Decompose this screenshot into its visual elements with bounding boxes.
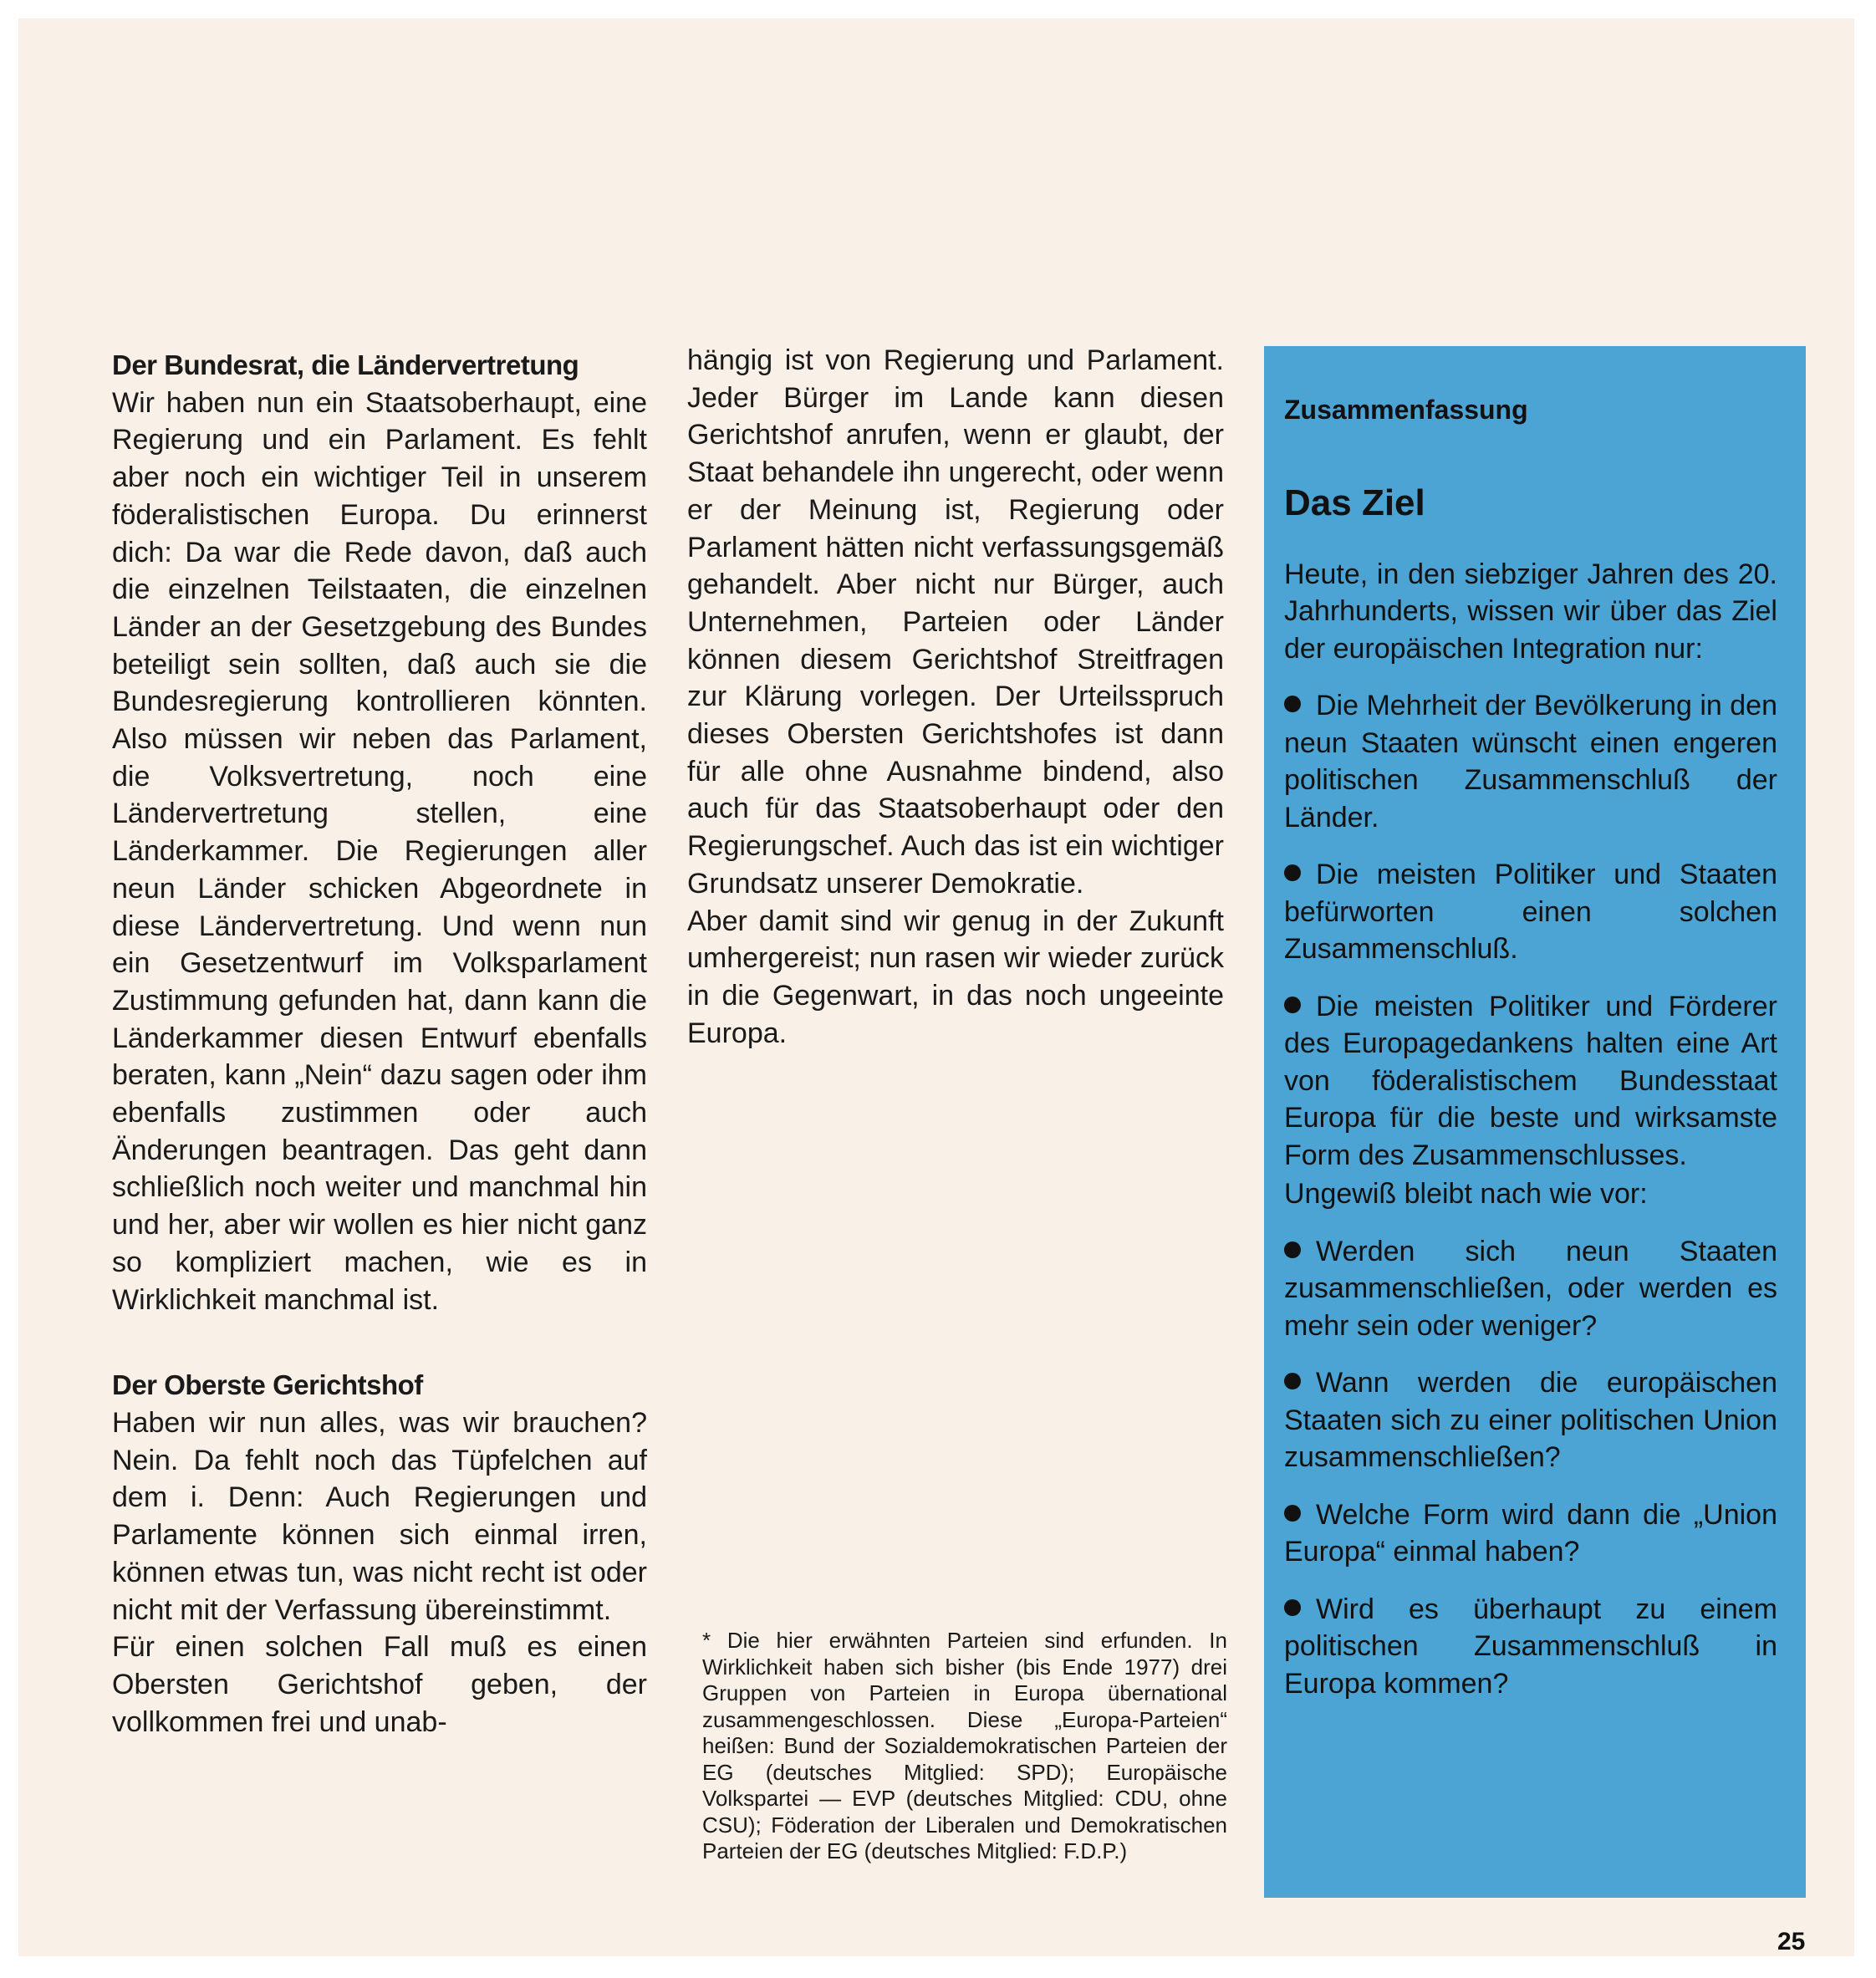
summary-bullet: Welche Form wird dann die „Union Europa“… <box>1284 1496 1777 1571</box>
section-body-bundesrat: Wir haben nun ein Staatsoberhaupt, eine … <box>112 385 647 1319</box>
bullet-text: Die meisten Politiker und Förderer des E… <box>1284 991 1777 1171</box>
summary-bullet: Wann werden die europäischen Staaten sic… <box>1284 1364 1777 1476</box>
page-number: 25 <box>1777 1928 1805 1956</box>
summary-bullet: Die meisten Politiker und Staaten befürw… <box>1284 856 1777 968</box>
section-heading-gerichtshof: Der Oberste Gerichtshof <box>112 1367 647 1404</box>
bullet-text: Wann werden die europäischen Staaten sic… <box>1284 1367 1777 1473</box>
summary-bullet: Wird es überhaupt zu einem politischen Z… <box>1284 1591 1777 1703</box>
bullet-text: Wird es überhaupt zu einem politischen Z… <box>1284 1593 1777 1700</box>
summary-box-content: Zusammenfassung Das Ziel Heute, in den s… <box>1284 391 1777 1722</box>
summary-label: Zusammenfassung <box>1284 391 1777 429</box>
summary-box: Zusammenfassung Das Ziel Heute, in den s… <box>1264 346 1806 1898</box>
bullet-icon <box>1284 1373 1301 1389</box>
middle-body-1: hängig ist von Regierung und Parlament. … <box>687 342 1224 903</box>
document-page: Der Bundesrat, die Ländervertretung Wir … <box>18 18 1854 1956</box>
bullet-text: Welche Form wird dann die „Union Europa“… <box>1284 1499 1777 1568</box>
summary-bullet: Die Mehrheit der Bevölkerung in den neun… <box>1284 687 1777 836</box>
bullet-icon <box>1284 1599 1301 1616</box>
section-body-gerichtshof-2: Für einen solchen Fall muß es einen Ober… <box>112 1629 647 1741</box>
section-heading-bundesrat: Der Bundesrat, die Ländervertretung <box>112 347 647 385</box>
section-body-gerichtshof-1: Haben wir nun alles, was wir brauchen? N… <box>112 1404 647 1629</box>
bullet-icon <box>1284 864 1301 881</box>
spacer <box>112 1318 647 1367</box>
uncertain-label: Ungewiß bleibt nach wie vor: <box>1284 1175 1777 1213</box>
bullet-icon <box>1284 696 1301 712</box>
summary-title: Das Ziel <box>1284 482 1777 524</box>
bullet-icon <box>1284 997 1301 1013</box>
middle-column: hängig ist von Regierung und Parlament. … <box>687 342 1224 1052</box>
footnote: * Die hier erwähnten Parteien sind erfun… <box>702 1628 1227 1865</box>
summary-bullet: Die meisten Politiker und Förderer des E… <box>1284 988 1777 1175</box>
bullet-icon <box>1284 1505 1301 1522</box>
summary-intro: Heute, in den siebziger Jahren des 20. J… <box>1284 556 1777 668</box>
summary-bullet: Werden sich neun Staaten zusammenschließ… <box>1284 1233 1777 1345</box>
bullet-text: Werden sich neun Staaten zusammenschließ… <box>1284 1236 1777 1342</box>
middle-body-2: Aber damit sind wir genug in der Zukunft… <box>687 903 1224 1053</box>
bullet-icon <box>1284 1241 1301 1258</box>
bullet-text: Die Mehrheit der Bevölkerung in den neun… <box>1284 690 1777 834</box>
bullet-text: Die meisten Politiker und Staaten befürw… <box>1284 859 1777 965</box>
left-column: Der Bundesrat, die Ländervertretung Wir … <box>112 347 647 1741</box>
